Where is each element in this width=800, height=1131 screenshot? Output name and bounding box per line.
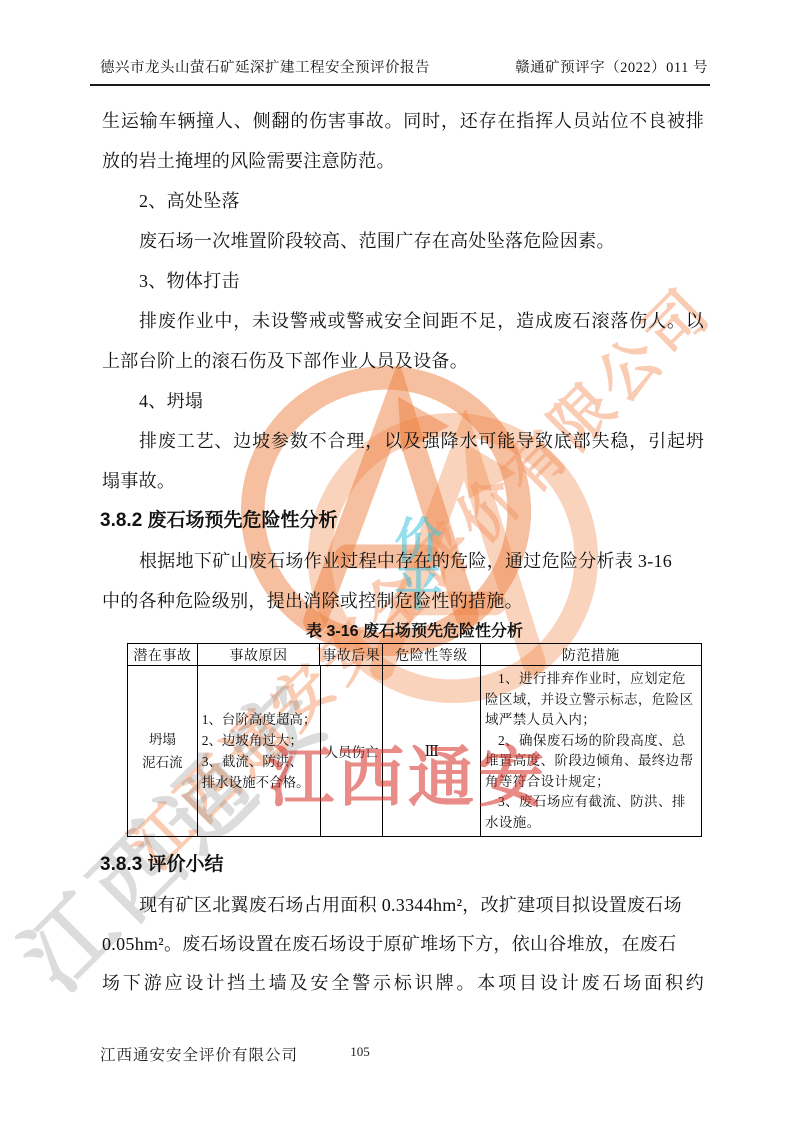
cell-risk-level: Ⅲ <box>383 666 481 836</box>
col-header-prevention-measures: 防范措施 <box>481 644 701 665</box>
section-heading-382: 3.8.2 废石场预先危险性分析 <box>100 506 704 536</box>
list-item-2-heading: 2、高处坠落 <box>102 181 741 221</box>
col-header-potential-accident: 潜在事故 <box>128 644 198 665</box>
cell-prevention-measures: 1、进行排弃作业时，应划定危 险区域，并设立警示标志，危险区 域严禁人员入内； … <box>481 666 701 836</box>
cell-accident-cause: 1、台阶高度超高； 2、边坡角过大； 3、截流、防洪、 排水设施不合格。 <box>198 666 321 836</box>
body-line: 放的岩土掩埋的风险需要注意防范。 <box>102 141 704 181</box>
table-row: 坍塌 泥石流 1、台阶高度超高； 2、边坡角过大； 3、截流、防洪、 排水设施不… <box>128 666 701 836</box>
body-line: 根据地下矿山废石场作业过程中存在的危险，通过危险分析表 3-16 <box>102 541 741 581</box>
header-rule <box>90 84 710 86</box>
body-line: 塌事故。 <box>102 461 704 501</box>
hazard-analysis-table: 潜在事故 事故原因 事故后果 危险性等级 防范措施 坍塌 泥石流 1、台阶高度超… <box>127 643 702 837</box>
section-heading-383: 3.8.3 评价小结 <box>100 850 704 880</box>
page-number: 105 <box>340 1044 380 1060</box>
cell-accident-consequence: 人员伤亡 <box>321 666 384 836</box>
cell-potential-accident: 坍塌 泥石流 <box>128 666 198 836</box>
body-line: 场下游应设计挡土墙及安全警示标识牌。本项目设计废石场面积约 <box>102 963 704 1003</box>
header-document-number: 赣通矿预评字（2022）011 号 <box>515 56 708 77</box>
list-item-4-heading: 4、坍塌 <box>102 381 741 421</box>
document-page: 江西通安安全评价有限公司 江西通安 价平 德兴市龙头山萤石矿延深扩建工程安全预评… <box>0 0 800 1131</box>
body-line: 0.05hm²。废石场设置在废石场设于原矿堆场下方，依山谷堆放，在废石 <box>102 924 704 964</box>
body-line: 现有矿区北翼废石场占用面积 0.3344hm²，改扩建项目拟设置废石场 <box>102 885 741 925</box>
col-header-accident-consequence: 事故后果 <box>320 644 383 665</box>
body-line: 生运输车辆撞人、侧翻的伤害事故。同时，还存在指挥人员站位不良被排 <box>102 101 704 141</box>
col-header-accident-cause: 事故原因 <box>198 644 321 665</box>
body-line: 上部台阶上的滚石伤及下部作业人员及设备。 <box>102 341 704 381</box>
table-header-row: 潜在事故 事故原因 事故后果 危险性等级 防范措施 <box>128 644 701 666</box>
body-line: 废石场一次堆置阶段较高、范围广存在高处坠落危险因素。 <box>102 221 741 261</box>
body-line: 中的各种危险级别，提出消除或控制危险性的措施。 <box>102 581 704 621</box>
list-item-3-heading: 3、物体打击 <box>102 261 741 301</box>
footer-company-name: 江西通安安全评价有限公司 <box>100 1043 298 1065</box>
col-header-risk-level: 危险性等级 <box>383 644 481 665</box>
table-caption: 表 3-16 废石场预先危险性分析 <box>127 618 702 641</box>
body-line: 排废工艺、边坡参数不合理，以及强降水可能导致底部失稳，引起坍 <box>102 421 704 461</box>
body-line: 排废作业中，未设警戒或警戒安全间距不足，造成废石滚落伤人。以 <box>102 301 704 341</box>
header-report-title: 德兴市龙头山萤石矿延深扩建工程安全预评价报告 <box>100 56 430 77</box>
